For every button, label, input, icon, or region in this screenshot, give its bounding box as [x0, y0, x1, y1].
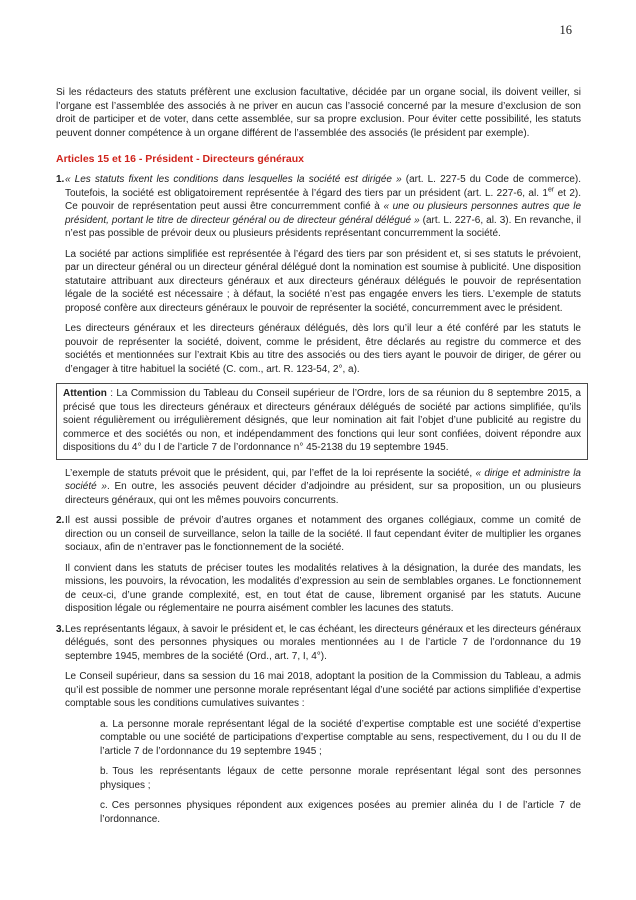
section-heading: Articles 15 et 16 - Président - Directeu…: [56, 153, 581, 166]
item-1-paragraph-4: L’exemple de statuts prévoit que le prés…: [65, 467, 581, 508]
item-2-body: Il est aussi possible de prévoir d’autre…: [65, 514, 581, 623]
numbered-item-2: 2. Il est aussi possible de prévoir d’au…: [56, 514, 581, 623]
item-3-number: 3.: [56, 623, 65, 637]
attention-text: Attention : La Commission du Tableau du …: [63, 387, 581, 455]
intro-paragraph: Si les rédacteurs des statuts préfèrent …: [56, 86, 581, 140]
sub-item-b-letter: b.: [100, 766, 108, 777]
sub-item-c: c.Ces personnes physiques répondent aux …: [100, 799, 581, 826]
item-2-number: 2.: [56, 514, 65, 528]
sub-item-c-letter: c.: [100, 800, 108, 811]
item-1-paragraph-3: Les directeurs généraux et les directeur…: [65, 322, 581, 376]
item-3-body: Les représentants légaux, à savoir le pr…: [65, 623, 581, 834]
document-page: 16 Si les rédacteurs des statuts préfère…: [0, 0, 636, 900]
sub-item-a: a.La personne morale représentant légal …: [100, 718, 581, 759]
item-3-paragraph-2: Le Conseil supérieur, dans sa session du…: [65, 670, 581, 711]
item-1-paragraph-1: « Les statuts fixent les conditions dans…: [65, 173, 581, 241]
item-2-paragraph-2: Il convient dans les statuts de préciser…: [65, 562, 581, 616]
sub-item-b-text: Tous les représentants légaux de cette p…: [100, 766, 581, 791]
numbered-item-1: 1. « Les statuts fixent les conditions d…: [56, 173, 581, 514]
sub-item-a-text: La personne morale représentant légal de…: [100, 719, 581, 757]
item-1-body: « Les statuts fixent les conditions dans…: [65, 173, 581, 514]
sub-item-a-letter: a.: [100, 719, 108, 730]
item-1-number: 1.: [56, 173, 65, 187]
item-3-paragraph-1: Les représentants légaux, à savoir le pr…: [65, 623, 581, 664]
sub-item-b: b.Tous les représentants légaux de cette…: [100, 765, 581, 792]
page-content: Si les rédacteurs des statuts préfèrent …: [56, 24, 581, 833]
numbered-item-3: 3. Les représentants légaux, à savoir le…: [56, 623, 581, 834]
item-2-paragraph-1: Il est aussi possible de prévoir d’autre…: [65, 514, 581, 555]
sub-item-c-text: Ces personnes physiques répondent aux ex…: [100, 800, 581, 825]
page-number: 16: [560, 24, 573, 38]
attention-box: Attention : La Commission du Tableau du …: [56, 383, 588, 460]
item-1-paragraph-2: La société par actions simplifiée est re…: [65, 248, 581, 316]
